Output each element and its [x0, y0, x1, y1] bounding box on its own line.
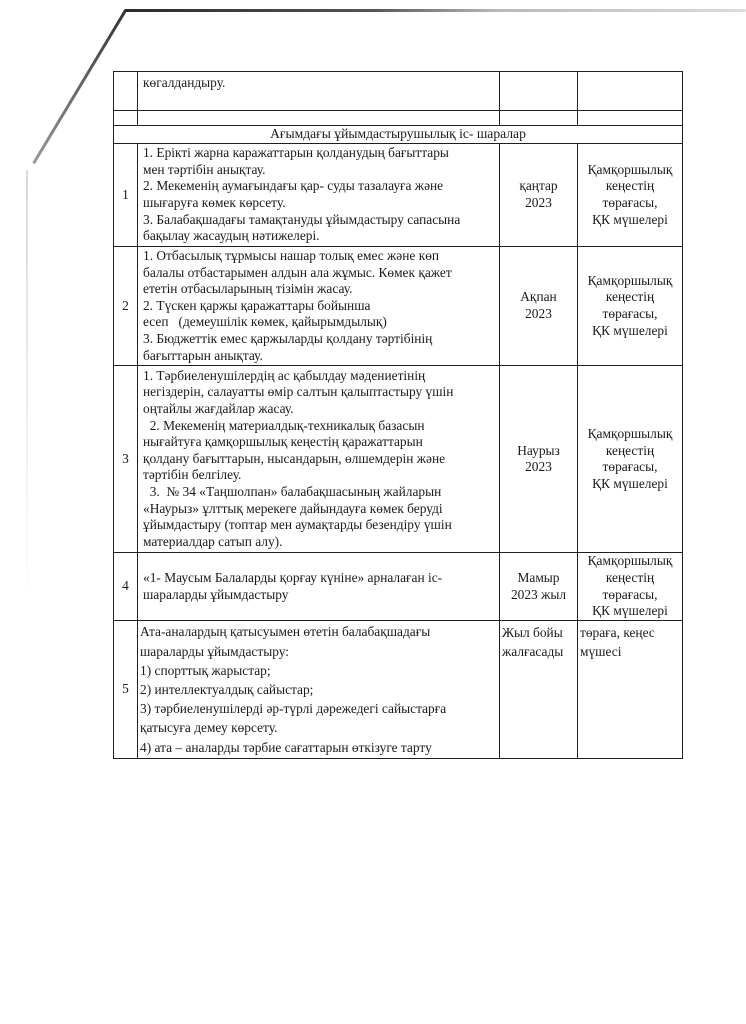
- responsible-line: кеңестің: [578, 443, 682, 460]
- scan-page-edge-left: [26, 170, 28, 610]
- description-line: есеп (демеушілік көмек, қайырымдылық): [143, 314, 495, 331]
- description-line: шараларды ұйымдастыру:: [140, 642, 495, 661]
- responsible-line: кеңестің: [578, 178, 682, 195]
- cell-date: Ақпан2023: [500, 247, 578, 366]
- cell-date: [500, 72, 578, 111]
- cell-description: Ата-аналардың қатысуымен өтетін балабақш…: [138, 621, 500, 759]
- activities-table: көгалдандыру. Ағымдағы ұйымдастырушылық …: [113, 71, 683, 759]
- description-line: қолдану бағыттарын, нысандарын, өлшемдер…: [143, 451, 495, 468]
- cell-number: 5: [114, 621, 138, 759]
- date-line: Ақпан: [500, 289, 577, 306]
- description-line: қатысуға демеу көрсету.: [140, 718, 495, 737]
- table-row-continued: көгалдандыру.: [114, 72, 683, 111]
- description-line: ететін отбасыларының тізімін жасау.: [143, 281, 495, 298]
- description-line: 2. Мекеменің материалдық-техникалық база…: [143, 418, 495, 435]
- responsible-line: Қамқоршылық: [578, 162, 682, 179]
- cell-number: 4: [114, 553, 138, 621]
- cell-date: Жыл бойыжалғасады: [500, 621, 578, 759]
- cell-date: Мамыр2023 жыл: [500, 553, 578, 621]
- description-line: материалдар сатып алу).: [143, 534, 495, 551]
- cell-description: 1. Ерікті жарна каражаттарын қолданудың …: [138, 144, 500, 247]
- description-line: «Наурыз» ұлттық мерекеге дайындауға көме…: [143, 501, 495, 518]
- responsible-line: кеңестің: [578, 289, 682, 306]
- description-line: 3) тәрбиеленушілерді әр-түрлі дәрежедегі…: [140, 699, 495, 718]
- cell-date: Наурыз2023: [500, 366, 578, 553]
- description-line: 1. Тәрбиеленушілердің ас қабылдау мәдени…: [143, 368, 495, 385]
- responsible-line: кеңестің: [578, 570, 682, 587]
- responsible-line: ҚК мүшелері: [578, 212, 682, 229]
- description-line: тәртібін белгілеу.: [143, 467, 495, 484]
- description-line: бақылау жасаудың нәтижелері.: [143, 228, 495, 245]
- description-line: 1. Отбасылық тұрмысы нашар толық емес жә…: [143, 248, 495, 265]
- responsible-line: Қамқоршылық: [578, 273, 682, 290]
- description-line: ұйымдастыру (топтар мен аумақтарды безен…: [143, 517, 495, 534]
- date-line: Мамыр: [500, 570, 577, 587]
- cell-responsible: Қамқоршылықкеңестіңтөрағасы,ҚК мүшелері: [578, 144, 683, 247]
- date-line: 2023 жыл: [500, 587, 577, 604]
- responsible-line: ҚК мүшелері: [578, 476, 682, 493]
- description-line: 3. Бюджеттік емес қаржыларды қолдану тәр…: [143, 331, 495, 348]
- cell-responsible: [578, 72, 683, 111]
- description-line: «1- Маусым Балаларды қорғау күніне» арна…: [143, 570, 495, 587]
- cell-responsible: Қамқоршылықкеңестіңтөрағасы,ҚК мүшелері: [578, 247, 683, 366]
- section-header-row: Ағымдағы ұйымдастырушылық іс- шаралар: [114, 126, 683, 144]
- cell-number: [114, 111, 138, 126]
- responsible-line: Қамқоршылық: [578, 426, 682, 443]
- responsible-line: төрағасы,: [578, 459, 682, 476]
- description-line: бағыттарын анықтау.: [143, 348, 495, 365]
- table-row: 21. Отбасылық тұрмысы нашар толық емес ж…: [114, 247, 683, 366]
- cell-description: [138, 111, 500, 126]
- table-row: 4«1- Маусым Балаларды қорғау күніне» арн…: [114, 553, 683, 621]
- description-line: 3. № 34 «Таңшолпан» балабақшасының жайла…: [143, 484, 495, 501]
- description-line: шығаруға көмек көрсету.: [143, 195, 495, 212]
- description-line: балалы отбастарымен алдын ала жұмыс. Көм…: [143, 265, 495, 282]
- responsible-line: төрағасы,: [578, 195, 682, 212]
- description-line: оңтайлы жағдайлар жасау.: [143, 401, 495, 418]
- description-line: 2) интеллектуалдық сайыстар;: [140, 680, 495, 699]
- description-line: 3. Балабақшадағы тамақтануды ұйымдастыру…: [143, 212, 495, 229]
- responsible-line: ҚК мүшелері: [578, 323, 682, 340]
- date-line: 2023: [500, 306, 577, 323]
- description-line: шараларды ұйымдастыру: [143, 587, 495, 604]
- cell-number: [114, 72, 138, 111]
- cell-description: көгалдандыру.: [138, 72, 500, 111]
- scan-page-edge-top: [124, 9, 746, 12]
- cell-date: [500, 111, 578, 126]
- description-line: 2. Түскен қаржы қаражаттары бойынша: [143, 298, 495, 315]
- description-line: нығайтуға қамқоршылық кеңестің қаражатта…: [143, 434, 495, 451]
- date-line: қаңтар: [500, 178, 577, 195]
- responsible-line: ҚК мүшелері: [578, 603, 682, 620]
- section-title: Ағымдағы ұйымдастырушылық іс- шаралар: [114, 126, 683, 144]
- cell-number: 3: [114, 366, 138, 553]
- table-row: 11. Ерікті жарна каражаттарын қолданудың…: [114, 144, 683, 247]
- description-line: 1) спорттық жарыстар;: [140, 661, 495, 680]
- description-line: негіздерін, салауатты өмір салтын қалыпт…: [143, 384, 495, 401]
- date-line: Наурыз: [500, 443, 577, 460]
- responsible-line: Қамқоршылық: [578, 553, 682, 570]
- cell-responsible: Қамқоршылықкеңестіңтөрағасы,ҚК мүшелері: [578, 553, 683, 621]
- cell-responsible: Қамқоршылықкеңестіңтөрағасы,ҚК мүшелері: [578, 366, 683, 553]
- cell-responsible: [578, 111, 683, 126]
- description-line: 2. Мекеменің аумағындағы қар- суды тазал…: [143, 178, 495, 195]
- description-line: Ата-аналардың қатысуымен өтетін балабақш…: [140, 622, 495, 641]
- responsible-line: мүшесі: [580, 642, 680, 661]
- responsible-line: төрағасы,: [578, 306, 682, 323]
- cell-date: қаңтар2023: [500, 144, 578, 247]
- responsible-line: төраға, кеңес: [580, 623, 680, 642]
- description-line: 1. Ерікті жарна каражаттарын қолданудың …: [143, 145, 495, 162]
- responsible-line: төрағасы,: [578, 587, 682, 604]
- table-row: 5Ата-аналардың қатысуымен өтетін балабақ…: [114, 621, 683, 759]
- cell-description: 1. Тәрбиеленушілердің ас қабылдау мәдени…: [138, 366, 500, 553]
- table-row: 31. Тәрбиеленушілердің ас қабылдау мәден…: [114, 366, 683, 553]
- date-line: 2023: [500, 195, 577, 212]
- cell-responsible: төраға, кеңесмүшесі: [578, 621, 683, 759]
- cell-description: 1. Отбасылық тұрмысы нашар толық емес жә…: [138, 247, 500, 366]
- date-line: 2023: [500, 459, 577, 476]
- description-line: мен тәртібін анықтау.: [143, 162, 495, 179]
- cell-number: 2: [114, 247, 138, 366]
- description-text: көгалдандыру.: [143, 75, 495, 92]
- description-line: 4) ата – аналарды тәрбие сағаттарын өткі…: [140, 738, 495, 757]
- date-line: жалғасады: [502, 642, 575, 661]
- date-line: Жыл бойы: [502, 623, 575, 642]
- table-row-empty: [114, 111, 683, 126]
- cell-number: 1: [114, 144, 138, 247]
- cell-description: «1- Маусым Балаларды қорғау күніне» арна…: [138, 553, 500, 621]
